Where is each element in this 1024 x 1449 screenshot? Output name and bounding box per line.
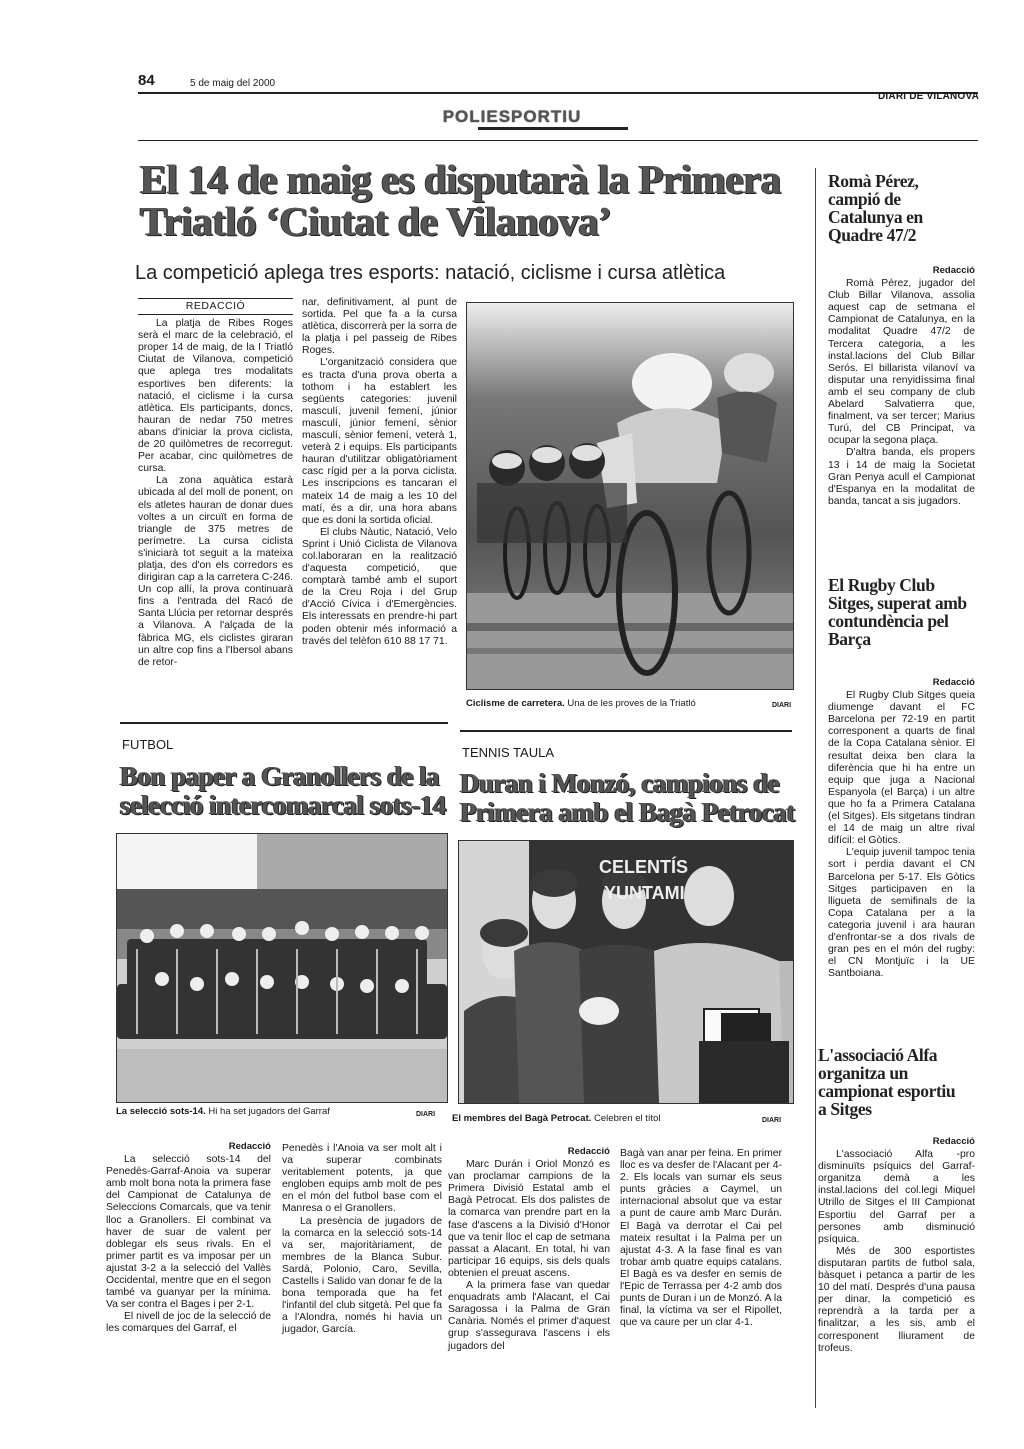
section-rule <box>138 140 978 141</box>
tennis-kicker: TENNIS TAULA <box>462 745 554 760</box>
sidebar-article-title: Romà Pérez, campió de Catalunya en Quadr… <box>828 172 948 244</box>
futbol-byline: Redacció <box>106 1141 271 1153</box>
paragraph: El clubs Nàutic, Natació, Velo Sprint i … <box>302 527 457 648</box>
sidebar-article-title: El Rugby Club Sitges, superat amb contun… <box>828 576 973 648</box>
paragraph: La platja de Ribes Roges serà el marc de… <box>138 318 293 475</box>
byline-rule-bottom <box>138 314 293 315</box>
sidebar-article-title: L'associació Alfa organitza un campionat… <box>818 1046 958 1118</box>
main-byline: REDACCIÓ <box>138 300 293 312</box>
award-photo: CELENTÍS YUNTAMI <box>458 840 794 1104</box>
tennis-byline: Redacció <box>448 1146 610 1158</box>
tennis-col2: Bagà van anar per feina. En primer lloc … <box>620 1148 782 1329</box>
paragraph: L'associació Alfa -pro disminuïts psíqui… <box>818 1149 975 1246</box>
award-photo-image: CELENTÍS YUNTAMI <box>459 841 793 1103</box>
caption-bold: La selecció sots-14. <box>116 1106 206 1117</box>
futbol-headline-line2: selecció intercomarcal sots-14 <box>120 791 450 820</box>
photo-credit: DIARI <box>762 1117 781 1124</box>
paragraph: D'altra banda, els propers 13 i 14 de ma… <box>828 447 975 507</box>
paragraph: La selecció sots-14 del Penedès-Garraf-A… <box>106 1154 271 1311</box>
header-rule <box>138 92 978 94</box>
paragraph: Més de 300 esportistes disputaran partit… <box>818 1246 975 1355</box>
main-headline-line1: El 14 de maig es disputarà la Primera <box>140 158 810 200</box>
sidebar-divider <box>815 168 816 1408</box>
svg-text:CELENTÍS: CELENTÍS <box>599 856 688 877</box>
newspaper-name: DIARI DE VILANOVA <box>878 91 979 102</box>
sidebar-article-billiards-body: Redacció Romà Pérez, jugador del Club Bi… <box>828 265 975 508</box>
paragraph: Bagà van anar per feina. En primer lloc … <box>620 1148 782 1329</box>
sidebar-article-billiards: Romà Pérez, campió de Catalunya en Quadr… <box>828 172 978 244</box>
paragraph: Romà Pérez, jugador del Club Billar Vila… <box>828 278 975 447</box>
issue-date: 5 de maig del 2000 <box>190 78 275 89</box>
page-number: 84 <box>138 72 155 89</box>
futbol-headline-line1: Bon paper a Granollers de la <box>120 762 450 791</box>
futbol-col2: Penedès i l'Anoia va ser molt alt i va s… <box>282 1143 442 1337</box>
paragraph: nar, definitivament, al punt de sortida.… <box>302 297 457 357</box>
sidebar-article-rugby-body: Redacció El Rugby Club Sitges queia dium… <box>828 677 975 980</box>
paragraph: A la primera fase van quedar enquadrats … <box>448 1280 610 1353</box>
sidebar-byline: Redacció <box>818 1136 975 1148</box>
futbol-top-rule <box>120 722 448 724</box>
main-subtitle: La competició aplega tres esports: natac… <box>135 262 725 285</box>
caption-bold: El membres del Bagà Petrocat. <box>452 1113 591 1124</box>
futbol-headline: Bon paper a Granollers de la selecció in… <box>120 762 450 820</box>
main-headline: El 14 de maig es disputarà la Primera Tr… <box>140 158 810 242</box>
team-photo-image <box>117 834 447 1102</box>
paragraph: L'organització considera que es tracta d… <box>302 357 457 526</box>
section-title: POLIESPORTIU <box>0 107 1024 127</box>
tennis-top-rule <box>460 730 792 732</box>
tennis-headline-line2: Primera amb el Bagà Petrocat <box>460 798 800 827</box>
svg-text:YUNTAMI: YUNTAMI <box>604 883 685 903</box>
paragraph: El nivell de joc de la selecció de les c… <box>106 1311 271 1335</box>
photo-credit: DIARI <box>772 702 791 709</box>
sidebar-article-rugby: El Rugby Club Sitges, superat amb contun… <box>828 576 978 648</box>
paragraph: La presència de jugadors de la comarca e… <box>282 1216 442 1337</box>
main-col2: nar, definitivament, al punt de sortida.… <box>302 297 457 648</box>
cyclists-photo <box>466 302 794 690</box>
tennis-headline: Duran i Monzó, campions de Primera amb e… <box>460 769 800 827</box>
team-photo <box>116 833 448 1103</box>
sidebar-article-alfa-body: Redacció L'associació Alfa -pro disminuï… <box>818 1136 975 1355</box>
award-caption: El membres del Bagà Petrocat. Celebren e… <box>452 1113 752 1124</box>
sidebar-byline: Redacció <box>828 677 975 689</box>
caption-text: Una de les proves de la Triatló <box>565 698 696 709</box>
paragraph: La zona aquàtica estarà ubicada al del m… <box>138 475 293 669</box>
byline-rule-top <box>138 298 293 299</box>
section-underline <box>478 127 628 130</box>
paragraph: Marc Durán i Oriol Monzó es van proclama… <box>448 1159 610 1280</box>
sidebar-byline: Redacció <box>828 265 975 277</box>
futbol-col1: Redacció La selecció sots-14 del Penedès… <box>106 1141 271 1336</box>
caption-bold: Ciclisme de carretera. <box>466 698 565 709</box>
futbol-kicker: FUTBOL <box>122 737 173 752</box>
tennis-headline-line1: Duran i Monzó, campions de <box>460 769 800 798</box>
team-caption: La selecció sots-14. Hi ha set jugadors … <box>116 1106 416 1117</box>
photo-credit: DIARI <box>416 1111 435 1118</box>
cyclists-caption: Ciclisme de carretera. Una de les proves… <box>466 698 756 709</box>
caption-text: Hi ha set jugadors del Garraf <box>206 1106 330 1117</box>
sidebar-article-alfa: L'associació Alfa organitza un campionat… <box>818 1046 978 1118</box>
caption-text: Celebren el títol <box>591 1113 660 1124</box>
tennis-col1: Redacció Marc Durán i Oriol Monzó es van… <box>448 1146 610 1353</box>
cyclists-photo-image <box>467 303 793 689</box>
paragraph: Penedès i l'Anoia va ser molt alt i va s… <box>282 1143 442 1216</box>
paragraph: El Rugby Club Sitges queia diumenge dava… <box>828 690 975 847</box>
main-headline-line2: Triatló ‘Ciutat de Vilanova’ <box>140 200 810 242</box>
main-col1: REDACCIÓ La platja de Ribes Roges serà e… <box>138 300 293 669</box>
paragraph: L'equip juvenil tampoc tenia sort i perd… <box>828 847 975 980</box>
